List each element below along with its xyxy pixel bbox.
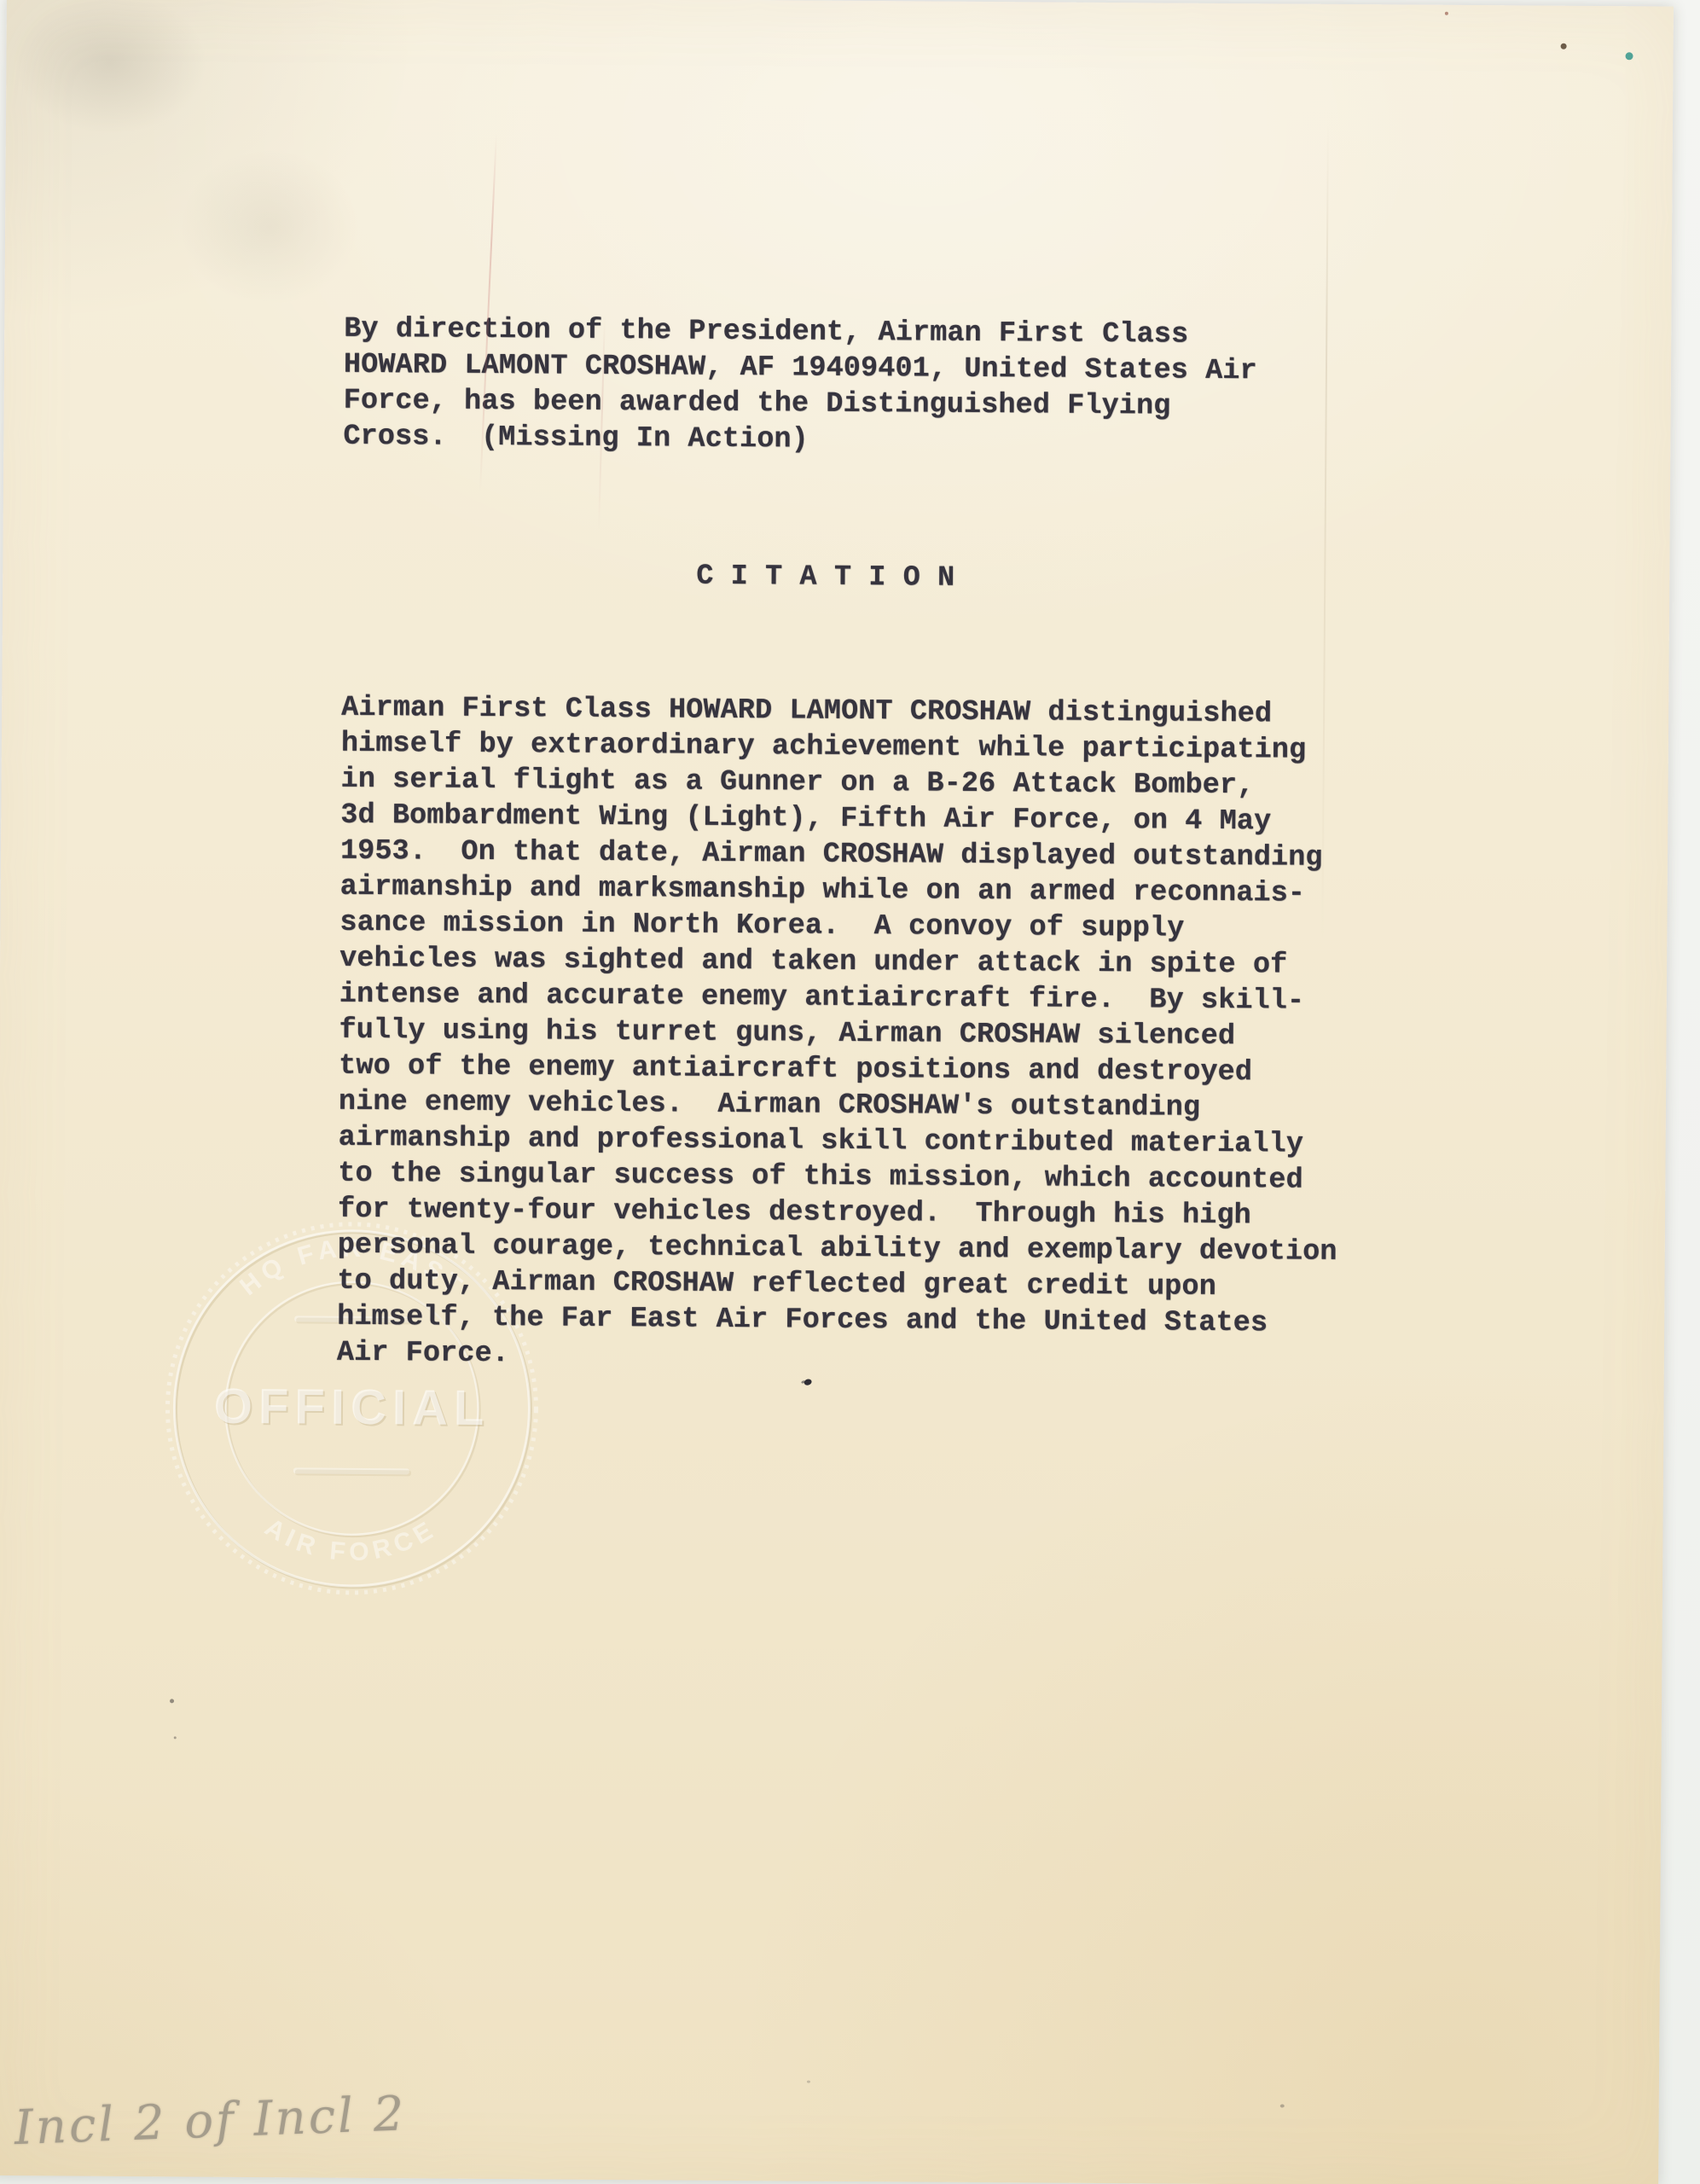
citation-body-paragraph: Airman First Class HOWARD LAMONT CROSHAW… — [337, 690, 1442, 1379]
award-preamble-paragraph: By direction of the President, Airman Fi… — [343, 311, 1410, 462]
ink-speck — [1280, 2104, 1285, 2107]
handwritten-enclosure-note: Incl 2 of Incl 2 — [14, 2086, 408, 2156]
citation-heading: C I T A T I O N — [696, 559, 954, 596]
corner-smudge — [14, 0, 288, 218]
seal-word: OFFICIAL — [214, 1379, 490, 1436]
ink-speck — [1445, 12, 1448, 15]
ink-speck — [1561, 44, 1567, 49]
teal-speck — [1626, 52, 1633, 60]
ink-blot — [804, 1378, 813, 1386]
ink-speck — [807, 2081, 810, 2083]
ink-speck — [174, 1736, 177, 1739]
ink-speck — [170, 1699, 174, 1703]
document-page: OFFICIAL OFFICIAL HQ FAR EAST AIR FORCE … — [0, 0, 1674, 2184]
